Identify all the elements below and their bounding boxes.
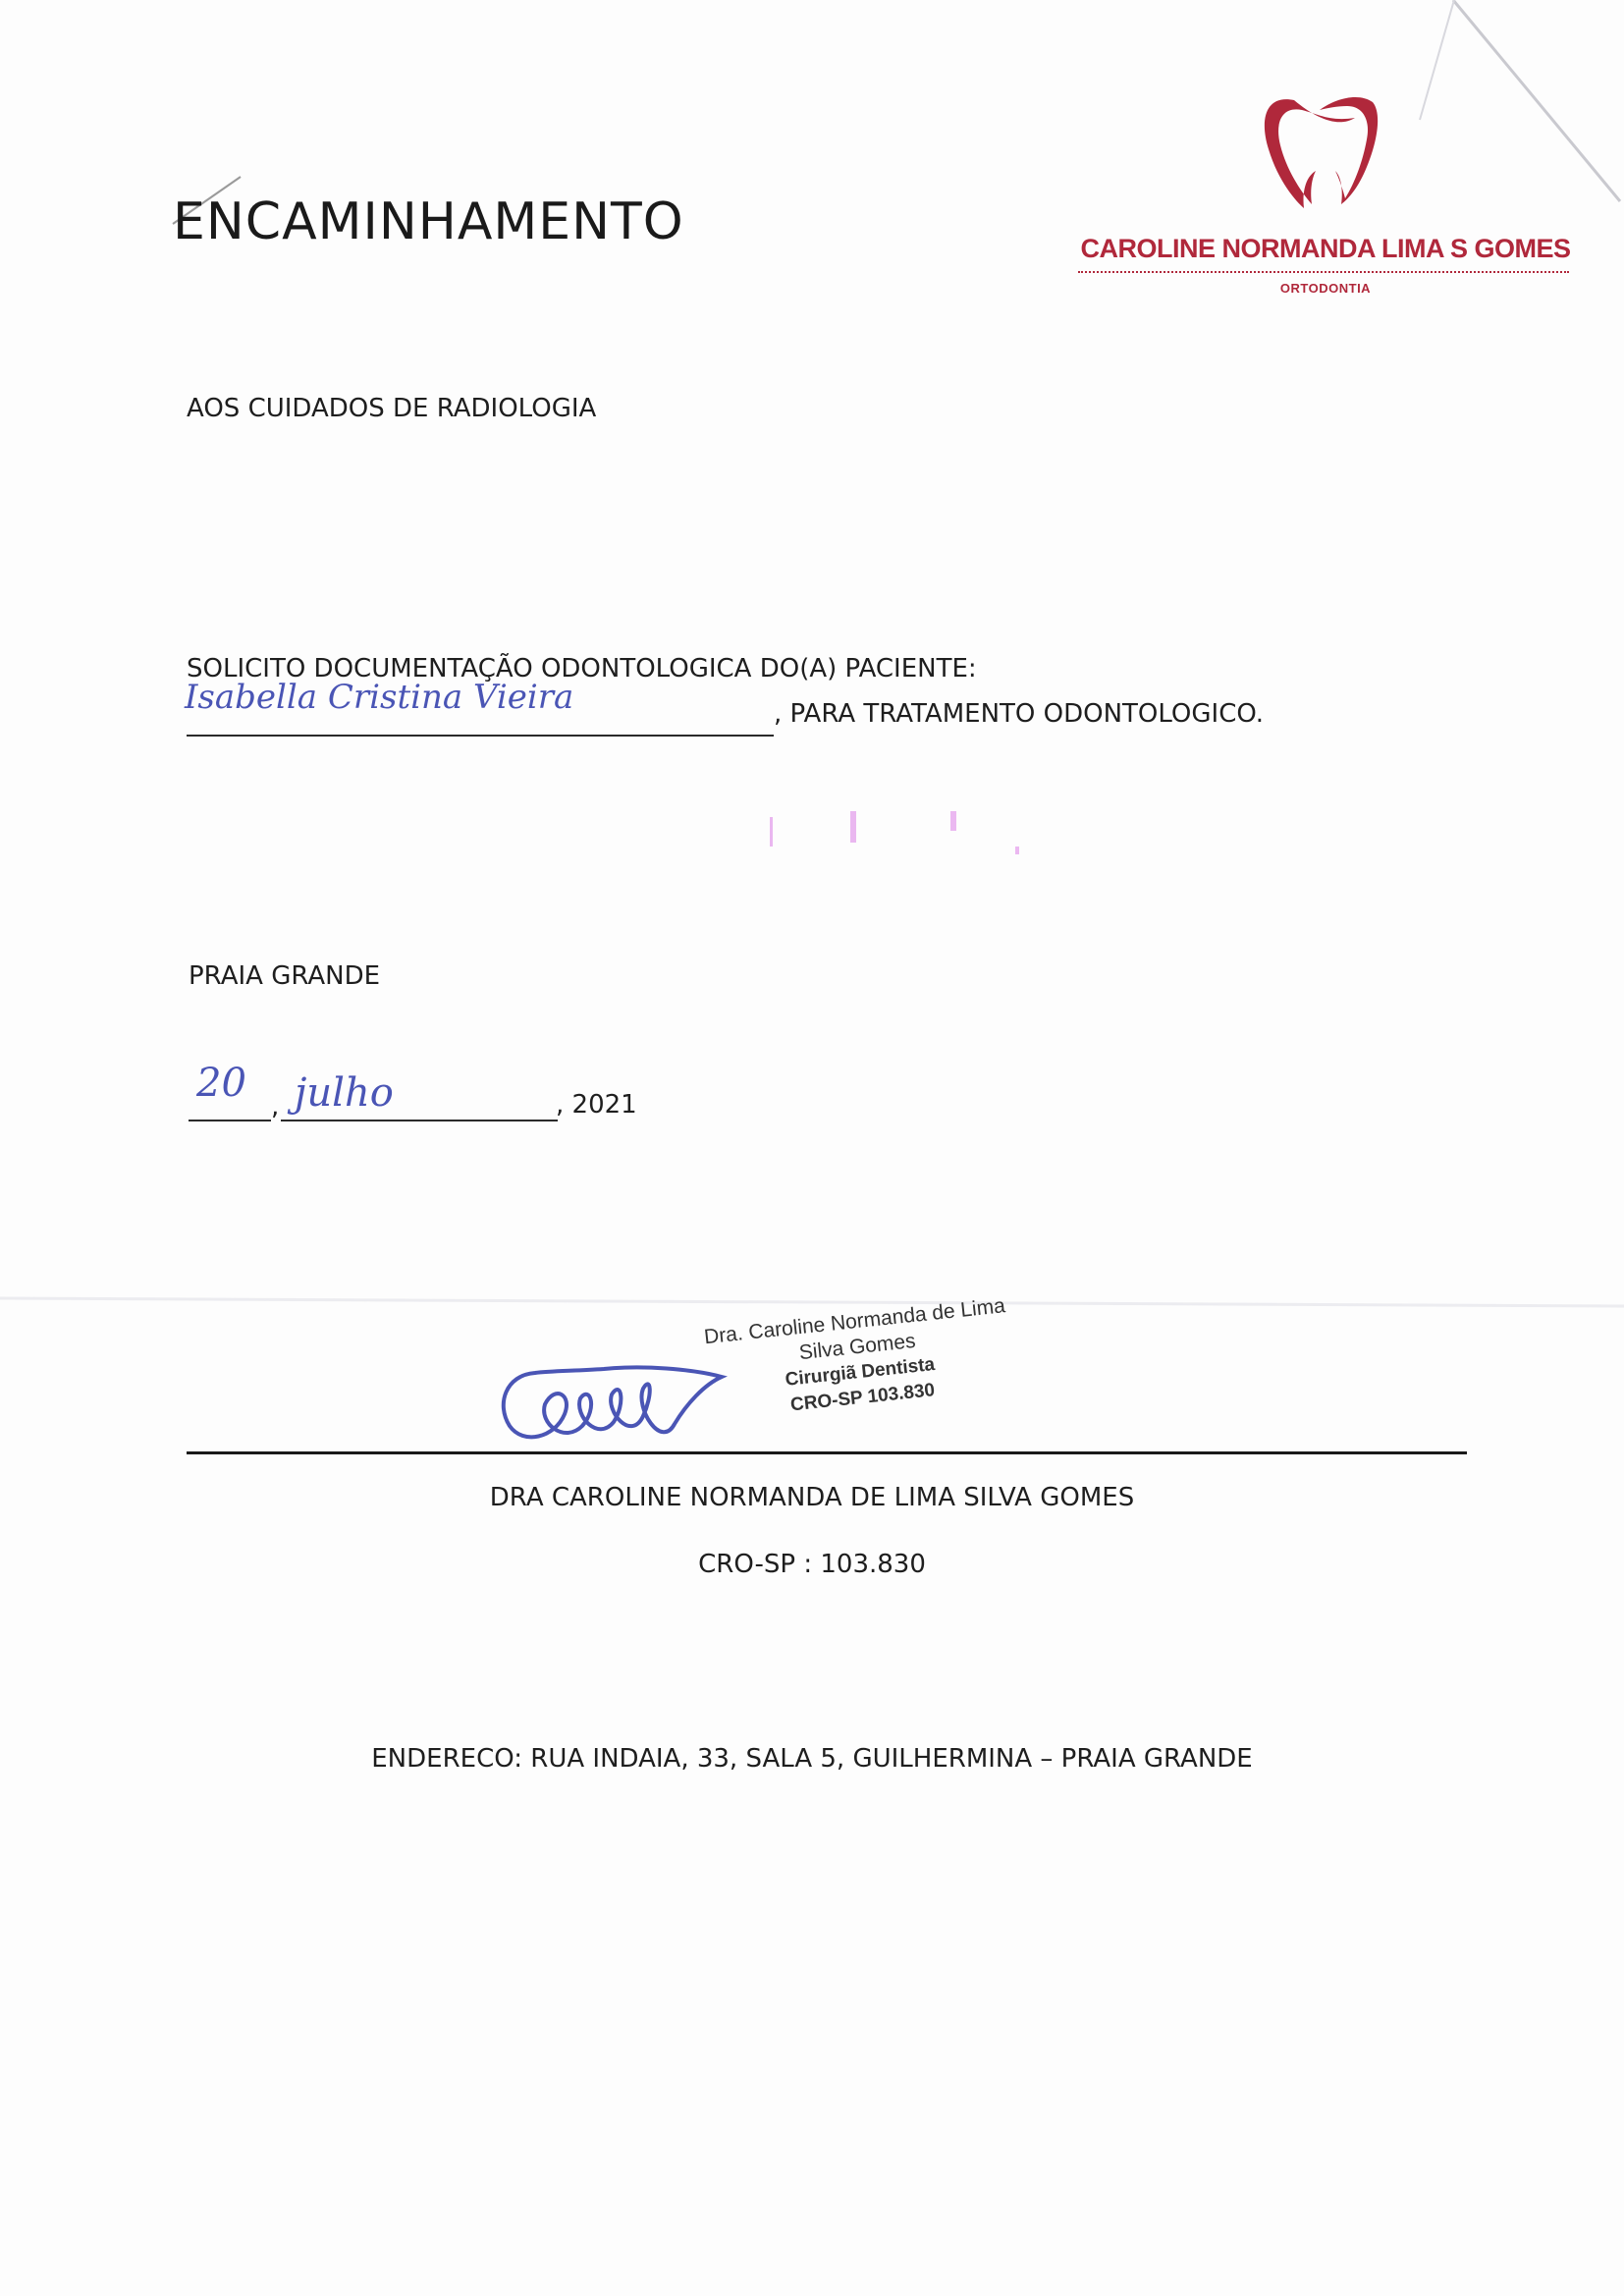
letterhead: CAROLINE NORMANDA LIMA S GOMES ORTODONTI… xyxy=(1070,88,1581,304)
patient-name-underline xyxy=(187,735,774,737)
letterhead-divider xyxy=(1078,271,1569,273)
date-month-handwritten: julho xyxy=(295,1070,394,1116)
treatment-purpose: , PARA TRATAMENTO ODONTOLOGICO. xyxy=(774,699,1264,729)
recipient-line: AOS CUIDADOS DE RADIOLOGIA xyxy=(187,394,596,423)
signature-handwritten xyxy=(496,1355,731,1453)
date-separator: , xyxy=(271,1092,279,1121)
tooth-icon xyxy=(1257,88,1384,216)
date-month-underline xyxy=(281,1120,558,1121)
date-year: , 2021 xyxy=(556,1090,637,1120)
signer-cro: CRO-SP : 103.830 xyxy=(0,1550,1624,1579)
signer-name: DRA CAROLINE NORMANDA DE LIMA SILVA GOME… xyxy=(0,1483,1624,1512)
letterhead-specialty: ORTODONTIA xyxy=(1070,281,1581,296)
letterhead-name: CAROLINE NORMANDA LIMA S GOMES xyxy=(1070,234,1581,264)
paper-creases xyxy=(0,0,1624,2296)
document-title: ENCAMINHAMENTO xyxy=(173,192,684,251)
signature-line xyxy=(187,1451,1467,1454)
date-day-handwritten: 20 xyxy=(196,1061,246,1106)
patient-name-handwritten: Isabella Cristina Vieira xyxy=(185,678,573,717)
city-name: PRAIA GRANDE xyxy=(189,961,380,991)
date-day-underline xyxy=(189,1120,271,1121)
clinic-address: ENDERECO: RUA INDAIA, 33, SALA 5, GUILHE… xyxy=(0,1744,1624,1774)
